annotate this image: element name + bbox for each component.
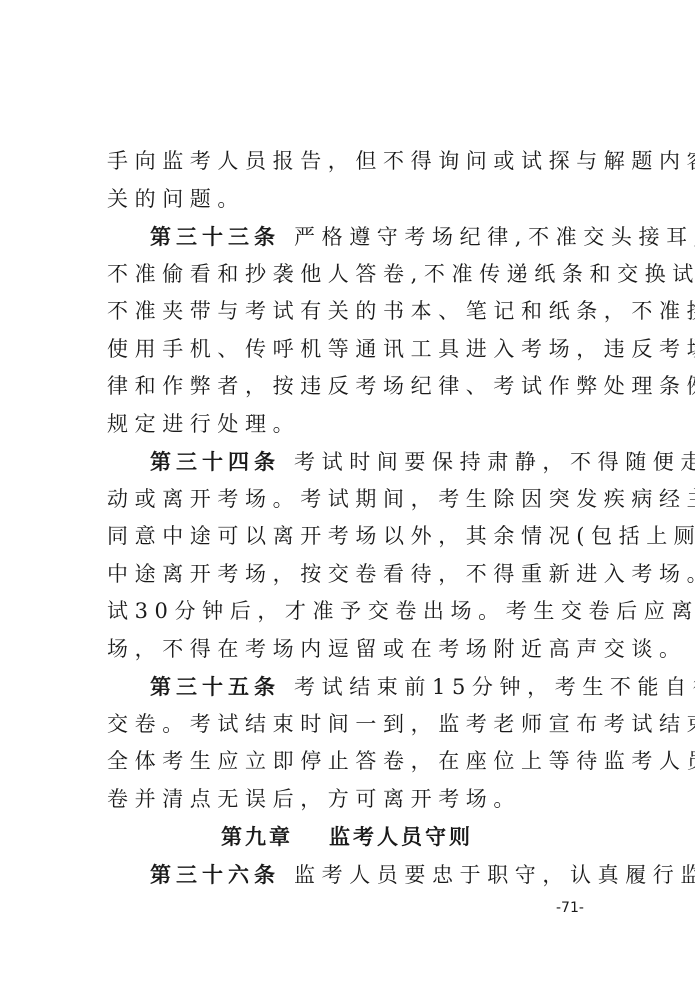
text-line: 同意中途可以离开考场以外，其余情况(包括上厕所) (107, 518, 597, 556)
article-number: 第三十五条 (150, 674, 280, 699)
document-page: 手向监考人员报告，但不得询问或试探与解题内容有 关的问题。 第三十三条严格遵守考… (107, 143, 597, 893)
text-line: 中途离开考场，按交卷看待，不得重新进入考场。考 (107, 556, 597, 594)
article-36: 第三十六条监考人员要忠于职守，认真履行监 (107, 856, 597, 894)
article-text: 监考人员要忠于职守，认真履行监 (294, 863, 695, 887)
article-35: 第三十五条考试结束前15分钟，考生不能自行 (107, 668, 597, 706)
article-text: 严格遵守考场纪律,不准交头接耳, (294, 225, 695, 249)
chapter-title: 监考人员守则 (329, 824, 473, 849)
article-number: 第三十四条 (150, 449, 280, 474)
article-number: 第三十六条 (150, 862, 280, 887)
article-text: 考试结束前15分钟，考生不能自行 (294, 675, 695, 699)
text-line: 使用手机、传呼机等通讯工具进入考场，违反考场纪 (107, 331, 597, 369)
article-34: 第三十四条考试时间要保持肃静，不得随便走 (107, 443, 597, 481)
article-33: 第三十三条严格遵守考场纪律,不准交头接耳, (107, 218, 597, 256)
text-line: 场，不得在考场内逗留或在考场附近高声交谈。 (107, 631, 597, 669)
text-line: 试30分钟后，才准予交卷出场。考生交卷后应离开考 (107, 593, 597, 631)
text-line: 卷并清点无误后，方可离开考场。 (107, 781, 597, 819)
text-line: 全体考生应立即停止答卷，在座位上等待监考人员收 (107, 743, 597, 781)
chapter-number: 第九章 (221, 824, 293, 849)
text-line: 动或离开考场。考试期间，考生除因突发疾病经主考 (107, 481, 597, 519)
article-number: 第三十三条 (150, 224, 280, 249)
text-line: 不准夹带与考试有关的书本、笔记和纸条，不准携带 (107, 293, 597, 331)
text-line: 交卷。考试结束时间一到，监考老师宣布考试结束， (107, 706, 597, 744)
chapter-heading: 第九章监考人员守则 (107, 818, 597, 856)
article-text: 考试时间要保持肃静，不得随便走 (294, 450, 695, 474)
text-line: 律和作弊者，按违反考场纪律、考试作弊处理条例的 (107, 368, 597, 406)
page-number: -71- (556, 900, 584, 916)
text-line: 规定进行处理。 (107, 406, 597, 444)
text-line: 手向监考人员报告，但不得询问或试探与解题内容有 (107, 143, 597, 181)
text-line: 不准偷看和抄袭他人答卷,不准传递纸条和交换试卷, (107, 256, 597, 294)
text-line: 关的问题。 (107, 181, 597, 219)
